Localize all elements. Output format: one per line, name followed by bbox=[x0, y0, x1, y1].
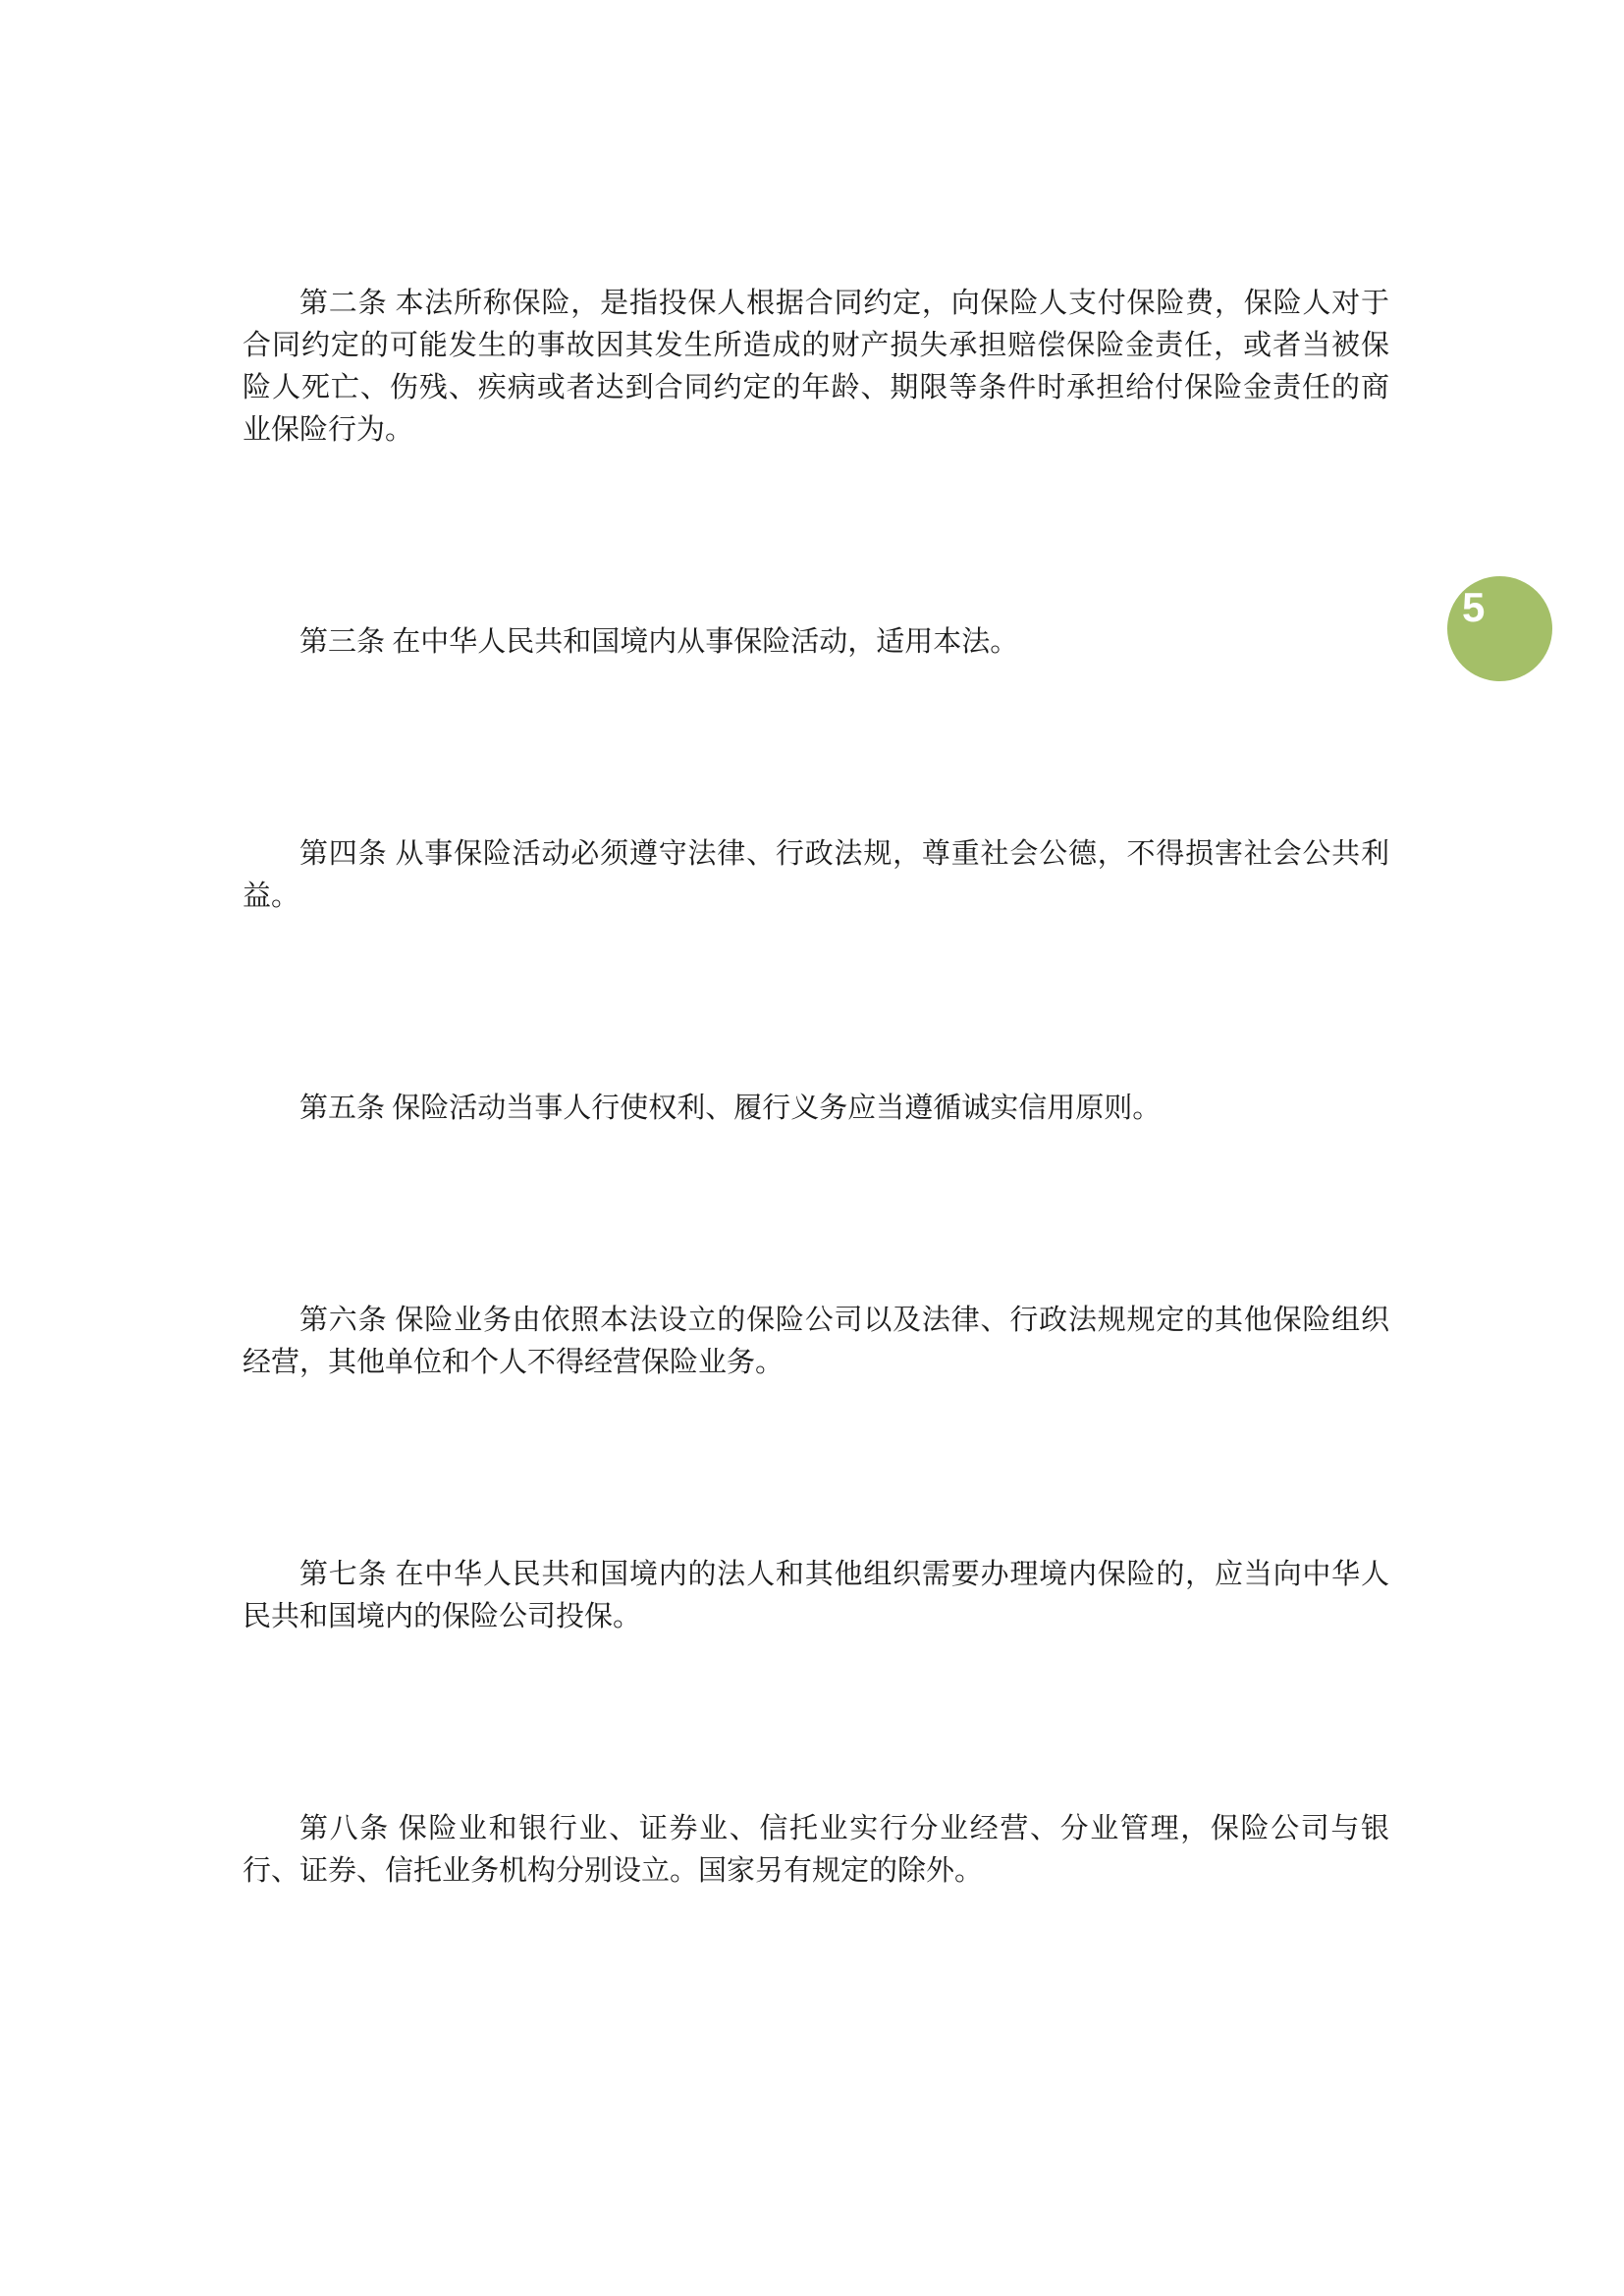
article-5-paragraph: 第五条 保险活动当事人行使权利、履行义务应当遵循诚实信用原则。 bbox=[243, 1088, 1389, 1130]
text-line: 第四条 从事保险活动必须遵守法律、行政法规，尊重社会公德，不得损害社会公共利 bbox=[243, 833, 1389, 876]
text-line: 第五条 保险活动当事人行使权利、履行义务应当遵循诚实信用原则。 bbox=[243, 1088, 1389, 1130]
text-line: 险人死亡、伤残、疾病或者达到合同约定的年龄、期限等条件时承担给付保险金责任的商 bbox=[243, 367, 1389, 409]
text-line: 第三条 在中华人民共和国境内从事保险活动，适用本法。 bbox=[243, 621, 1389, 664]
document-body: 第二条 本法所称保险，是指投保人根据合同约定，向保险人支付保险费，保险人对于 合… bbox=[243, 283, 1389, 2062]
text-line: 第八条 保险业和银行业、证券业、信托业实行分业经营、分业管理，保险公司与银 bbox=[243, 1808, 1389, 1850]
page-number: 5 bbox=[1462, 587, 1485, 628]
text-line: 第七条 在中华人民共和国境内的法人和其他组织需要办理境内保险的，应当向中华人 bbox=[243, 1554, 1389, 1596]
article-3-paragraph: 第三条 在中华人民共和国境内从事保险活动，适用本法。 bbox=[243, 621, 1389, 664]
document-page: 第二条 本法所称保险，是指投保人根据合同约定，向保险人支付保险费，保险人对于 合… bbox=[0, 0, 1624, 2296]
page-number-badge: 5 bbox=[1447, 576, 1552, 681]
text-line: 第六条 保险业务由依照本法设立的保险公司以及法律、行政法规规定的其他保险组织 bbox=[243, 1300, 1389, 1342]
text-line: 第二条 本法所称保险，是指投保人根据合同约定，向保险人支付保险费，保险人对于 bbox=[243, 283, 1389, 325]
article-2-paragraph: 第二条 本法所称保险，是指投保人根据合同约定，向保险人支付保险费，保险人对于 合… bbox=[243, 283, 1389, 452]
text-line: 业保险行为。 bbox=[243, 409, 1389, 452]
article-8-paragraph: 第八条 保险业和银行业、证券业、信托业实行分业经营、分业管理，保险公司与银 行、… bbox=[243, 1808, 1389, 1893]
text-line: 民共和国境内的保险公司投保。 bbox=[243, 1596, 1389, 1638]
article-4-paragraph: 第四条 从事保险活动必须遵守法律、行政法规，尊重社会公德，不得损害社会公共利 益… bbox=[243, 833, 1389, 918]
article-7-paragraph: 第七条 在中华人民共和国境内的法人和其他组织需要办理境内保险的，应当向中华人 民… bbox=[243, 1554, 1389, 1638]
text-line: 行、证券、信托业务机构分别设立。国家另有规定的除外。 bbox=[243, 1850, 1389, 1893]
text-line: 合同约定的可能发生的事故因其发生所造成的财产损失承担赔偿保险金责任，或者当被保 bbox=[243, 325, 1389, 367]
article-6-paragraph: 第六条 保险业务由依照本法设立的保险公司以及法律、行政法规规定的其他保险组织 经… bbox=[243, 1300, 1389, 1384]
text-line: 益。 bbox=[243, 876, 1389, 918]
text-line: 经营，其他单位和个人不得经营保险业务。 bbox=[243, 1342, 1389, 1384]
